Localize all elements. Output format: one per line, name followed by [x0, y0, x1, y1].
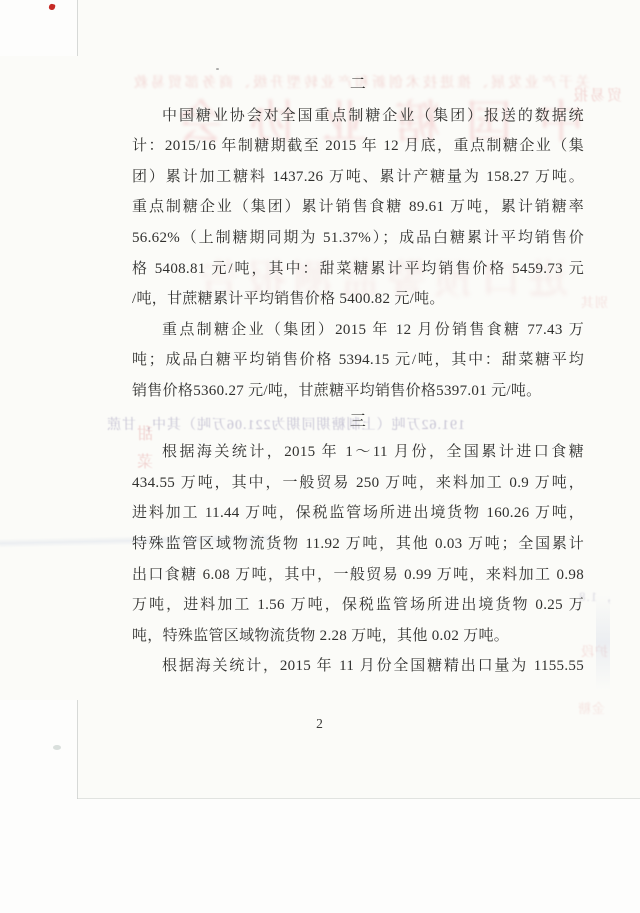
backing-sheet-bottom	[0, 799, 640, 913]
page-edge-bottom-left	[77, 700, 78, 799]
text-line: /吨，甘蔗糖累计平均销售价格 5400.82 元/吨。	[132, 284, 584, 315]
text-line: 中国糖业协会对全国重点制糖企业（集团）报送的数据统	[132, 101, 584, 132]
text-line: 格 5408.81 元/吨，其中：甜菜糖累计平均销售价格 5459.73 元	[132, 254, 584, 285]
page-edge-bottom	[77, 798, 640, 799]
text-line: 56.62%（上制糖期同期为 51.37%）；成品白糖累计平均销售价	[132, 223, 584, 254]
text-line: 吨，特殊监管区域物流货物 2.28 万吨，其他 0.02 万吨。	[132, 621, 584, 652]
text-line: 重点制糖企业（集团）2015 年 12 月份销售食糖 77.43 万	[132, 315, 584, 346]
section-heading: 二	[132, 70, 584, 101]
text-line: 434.55 万吨，其中，一般贸易 250 万吨，来料加工 0.9 万吨，	[132, 468, 584, 499]
text-line: 根据海关统计，2015 年 1～11 月份，全国累计进口食糖	[132, 437, 584, 468]
scanned-page: 关于产业发展、推进技术创新和产业转型升级、商务部贸易救中国糖业协会进口预警监测报…	[0, 0, 640, 913]
page-edge-top-left	[77, 0, 78, 56]
text-line: 根据海关统计，2015 年 11 月份全国糖精出口量为 1155.55	[132, 651, 584, 682]
text-line: 进料加工 11.44 万吨，保税监管场所进出境货物 160.26 万吨，	[132, 498, 584, 529]
bleedthrough-text: 护段	[580, 641, 608, 660]
bleedthrough-text: 别其	[580, 292, 608, 311]
section-heading: 三	[132, 407, 584, 438]
text-line: 计：2015/16 年制糖期截至 2015 年 12 月底，重点制糖企业（集	[132, 131, 584, 162]
backing-sheet-left-bottom	[0, 700, 77, 799]
bleedthrough-text: 金糖	[577, 698, 605, 717]
text-line: 特殊监管区域物流货物 11.92 万吨，其他 0.03 万吨；全国累计	[132, 529, 584, 560]
text-line: 万吨，进料加工 1.56 万吨，保税监管场所进出境货物 0.25 万	[132, 590, 584, 621]
smudge-speck	[53, 745, 61, 750]
scan-streak	[596, 595, 610, 690]
text-line: 重点制糖企业（集团）累计销售食糖 89.61 万吨，累计销糖率	[132, 192, 584, 223]
page-number: 2	[0, 716, 640, 732]
document-lines: 二中国糖业协会对全国重点制糖企业（集团）报送的数据统计：2015/16 年制糖期…	[132, 70, 584, 682]
text-line: 出口食糖 6.08 万吨，其中，一般贸易 0.99 万吨，来料加工 0.98	[132, 560, 584, 591]
text-line: 团）累计加工糖料 1437.26 万吨、累计产糖量为 158.27 万吨。	[132, 162, 584, 193]
backing-sheet-left-top	[0, 0, 77, 56]
text-line: 吨；成品白糖平均销售价格 5394.15 元/吨，其中：甜菜糖平均	[132, 345, 584, 376]
text-line: 销售价格5360.27 元/吨，甘蔗糖平均销售价格5397.01 元/吨。	[132, 376, 584, 407]
